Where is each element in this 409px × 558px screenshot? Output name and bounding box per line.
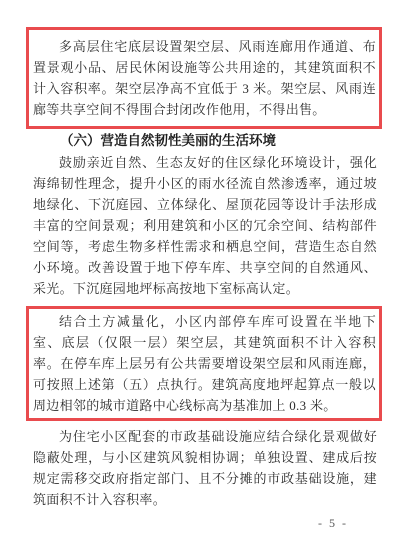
- paragraph-stilt-floor: 多高层住宅底层设置架空层、风雨连廊用作通道、布置景观小品、居民休闲设施等公共用途…: [33, 36, 376, 120]
- paragraph-green-design: 鼓励亲近自然、生态友好的住区绿化环境设计，强化海绵韧性理念，提升小区的雨水径流自…: [33, 152, 377, 299]
- section-heading-6: （六）营造自然韧性美丽的生活环境: [33, 132, 377, 150]
- highlight-box-2: 结合土方减量化，小区内部停车库可设置在半地下室、底层（仅限一层）架空层，其建筑面…: [26, 306, 382, 421]
- highlight-box-1: 多高层住宅底层设置架空层、风雨连廊用作通道、布置景观小品、居民休闲设施等公共用途…: [26, 27, 382, 129]
- paragraph-parking-garage: 结合土方减量化，小区内部停车库可设置在半地下室、底层（仅限一层）架空层，其建筑面…: [33, 311, 376, 416]
- page-number: - 5 -: [318, 516, 348, 530]
- document-page: 多高层住宅底层设置架空层、风雨连廊用作通道、布置景观小品、居民休闲设施等公共用途…: [0, 0, 409, 558]
- paragraph-municipal-infrastructure: 为住宅小区配套的市政基础设施应结合绿化景观做好隐蔽处理，与小区建筑风貌相协调；单…: [33, 426, 377, 510]
